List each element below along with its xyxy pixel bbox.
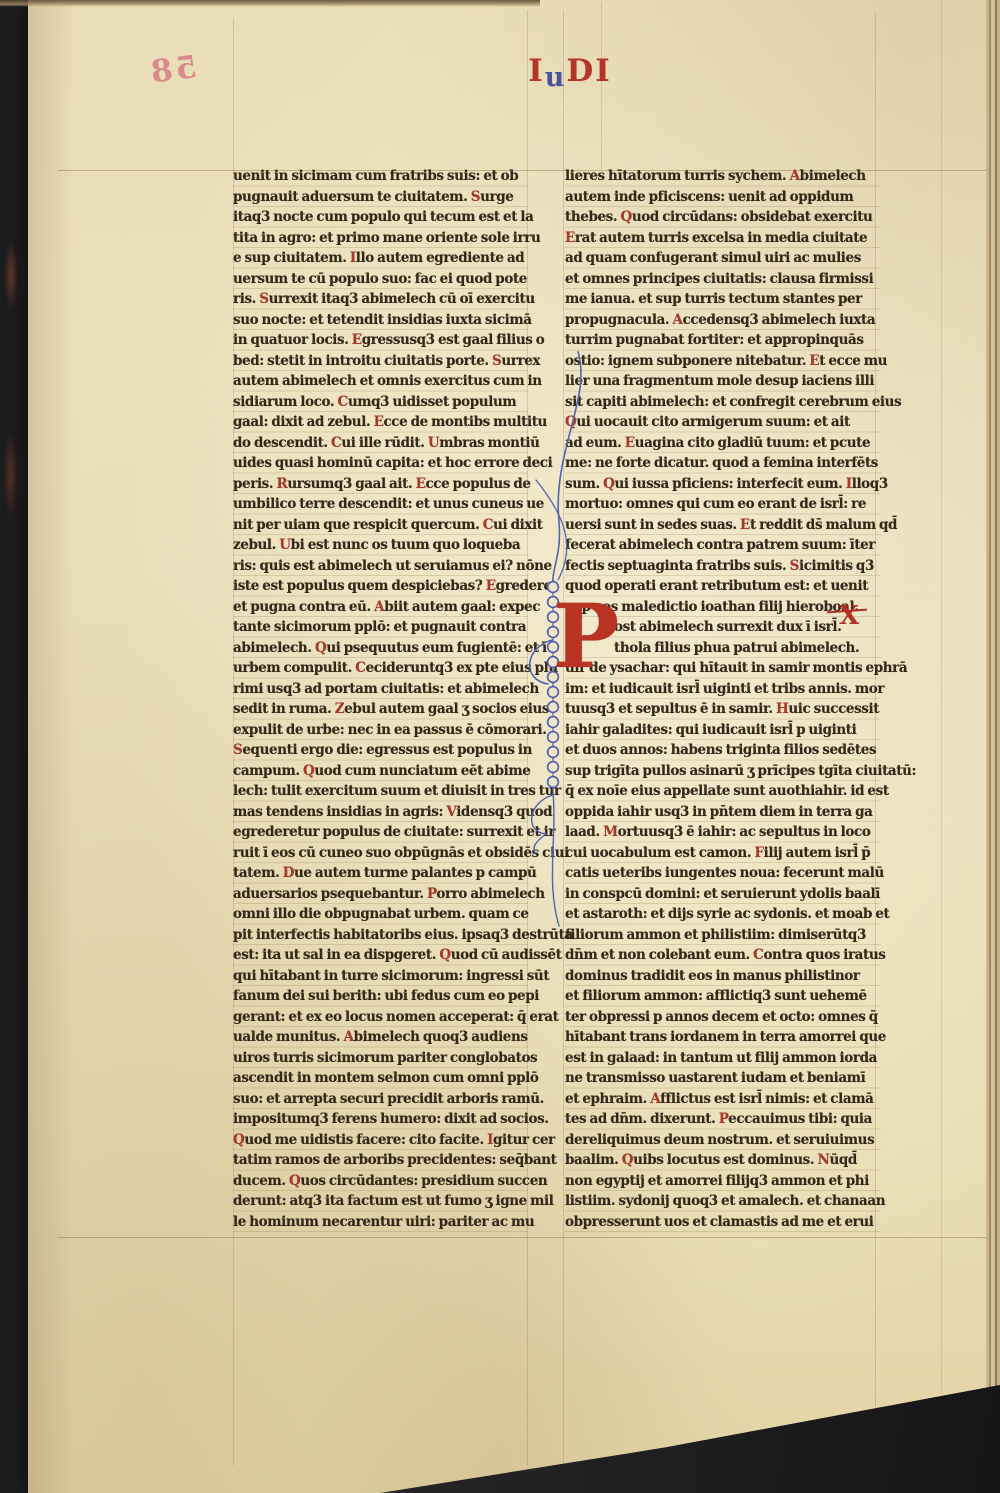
text-line: tita in agro: et primo mane oriente sole… <box>233 228 528 249</box>
text-line: ter obpressi p annos decem et octo: omne… <box>565 1007 881 1028</box>
text-line: et pugna contra eū. Abiit autem gaal: ex… <box>233 597 528 618</box>
left-text-column: uenit in sicimam cum fratribs suis: et o… <box>233 166 528 1232</box>
text-line: est in galaad: in tantum ut filij ammon … <box>565 1048 881 1069</box>
text-line: qui hītabant in turre sicimorum: ingress… <box>233 966 528 987</box>
text-line: me ianua. et sup turris tectum stantes p… <box>565 289 881 310</box>
text-line: ualde munitus. Abimelech quoq3 audiens <box>233 1027 528 1048</box>
chapter-numeral: X <box>839 601 860 631</box>
text-line: urbem compulit. Cecideruntq3 ex pte eius… <box>233 658 528 679</box>
text-line: tatim ramos de arboribs precidentes: seq… <box>233 1150 528 1171</box>
right-page-edge <box>986 0 1000 1412</box>
text-line: ruit ī eos cū cuneo suo obpūgnās et obsi… <box>233 843 528 864</box>
text-line: egrederetur populus de ciuitate: surrexi… <box>233 822 528 843</box>
text-line: in quatuor locis. Egressusq3 est gaal fi… <box>233 330 528 351</box>
manuscript-page: IuDI 58 uenit in sicimam cum fratribs su… <box>28 0 986 1493</box>
text-line: pit interfectis habitatoribs eius. ipsaq… <box>233 925 528 946</box>
text-line: Sequenti ergo die: egressus est populus … <box>233 740 528 761</box>
top-page-edge <box>0 0 540 7</box>
text-line: aduersarios psequebantur. Porro abimelec… <box>233 884 528 905</box>
text-line: uides quasi hominū capita: et hoc errore… <box>233 453 528 474</box>
text-line: bed: stetit in introitu ciuitatis porte.… <box>233 351 528 372</box>
running-title-letter: D <box>566 56 595 87</box>
text-line: omni illo die obpugnabat urbem. quam ce <box>233 904 528 925</box>
text-line: ris. Surrexit itaq3 abimelech cū oī exer… <box>233 289 528 310</box>
text-line: iste est populus quem despiciebas? Egred… <box>233 576 528 597</box>
text-line: ducem. Quos circūdantes: presidium succe… <box>233 1171 528 1192</box>
folio-number: 58 <box>146 49 199 91</box>
text-line: uiros turris sicimorum pariter conglobat… <box>233 1048 528 1069</box>
text-line: ris: quis est abimelech ut seruiamus ei?… <box>233 556 528 577</box>
text-line: dominus tradidit eos in manus philistino… <box>565 966 881 987</box>
text-line: abimelech. Qui psequutus eum fugientē: e… <box>233 638 528 659</box>
text-line: gerant: et ex eo locus nomen acceperat: … <box>233 1007 528 1028</box>
text-line: derunt: atq3 ita factum est ut fumo ʒ ig… <box>233 1191 528 1212</box>
text-line: impositumq3 ferens humero: dixit ad soci… <box>233 1109 528 1130</box>
text-line: uenit in sicimam cum fratribs suis: et o… <box>233 166 528 187</box>
text-line: le hominum necarentur uiri: pariter ac m… <box>233 1212 528 1233</box>
text-line: autem inde pficiscens: uenit ad oppidum <box>565 187 881 208</box>
text-line: Erat autem turris excelsa in media ciuit… <box>565 228 881 249</box>
text-line: gaal: dixit ad zebul. Ecce de montibs mu… <box>233 412 528 433</box>
text-line: et filiorum ammon: afflictiq3 sunt uehem… <box>565 986 881 1007</box>
text-line: Quod me uidistis facere: cito facite. Ig… <box>233 1130 528 1151</box>
running-title-letter: I <box>595 56 612 87</box>
chapter-initial: P <box>553 592 619 680</box>
text-line: dereliquimus deum nostrum. et seruiuimus <box>565 1130 881 1151</box>
running-title: IuDI <box>515 56 625 87</box>
manuscript-photo: IuDI 58 uenit in sicimam cum fratribs su… <box>0 0 1000 1493</box>
text-line: zebul. Ubi est nunc os tuum quo loqueba <box>233 535 528 556</box>
text-line: et ephraim. Afflictus est isrl̄ nimis: e… <box>565 1089 881 1110</box>
text-line: expulit de urbe: nec in ea passus ē cōmo… <box>233 720 528 741</box>
text-line: rimi usq3 ad portam ciuitatis: et abimel… <box>233 679 528 700</box>
text-line: uersum te cū populo suo: fac ei quod pot… <box>233 269 528 290</box>
text-line: tes ad dn̄m. dixerunt. Peccauimus tibi: … <box>565 1109 881 1130</box>
text-line: fanum dei sui berith: ubi fedus cum eo p… <box>233 986 528 1007</box>
text-line: suo nocte: et tetendit insidias iuxta si… <box>233 310 528 331</box>
text-line: ad quam confugerant simul uiri ac mulies <box>565 248 881 269</box>
text-line: itaq3 nocte cum populo qui tecum est et … <box>233 207 528 228</box>
text-line: do descendit. Cui ille rūdit. Umbras mon… <box>233 433 528 454</box>
text-line: lieres hītatorum turris sychem. Abimelec… <box>565 166 881 187</box>
text-line: obpresserunt uos et clamastis ad me et e… <box>565 1212 881 1233</box>
ruling-line-bottom <box>58 1237 986 1238</box>
text-line: hītabant trans iordanem in terra amorrei… <box>565 1027 881 1048</box>
text-line: et omnes principes ciuitatis: clausa fir… <box>565 269 881 290</box>
text-line: tatem. Due autem turme palantes p campū <box>233 863 528 884</box>
text-line: non egyptij et amorrei filijq3 ammon et … <box>565 1171 881 1192</box>
text-line: mas tendens insidias in agris: Vidensq3 … <box>233 802 528 823</box>
text-line: ascendit in montem selmon cum omni pplō <box>233 1068 528 1089</box>
text-line: listiim. sydonij quoq3 et amalech. et ch… <box>565 1191 881 1212</box>
text-line: thebes. Quod circūdans: obsidebat exerci… <box>565 207 881 228</box>
text-line: est: ita ut sal in ea dispgeret. Quod cū… <box>233 945 528 966</box>
text-line: suo: et arrepta securi precidit arboris … <box>233 1089 528 1110</box>
running-title-letter: I <box>528 56 545 87</box>
text-line: ne transmisso uastarent iudam et beniamī <box>565 1068 881 1089</box>
text-line: sedit in ruma. Zebul autem gaal ʒ socios… <box>233 699 528 720</box>
text-line: autem abimelech et omnis exercitus cum i… <box>233 371 528 392</box>
text-line: nit per uiam que respicit quercum. Cui d… <box>233 515 528 536</box>
text-line: propugnacula. Accedensq3 abimelech iuxta <box>565 310 881 331</box>
text-line: baalim. Quibs locutus est dominus. Nūqd̄ <box>565 1150 881 1171</box>
text-line: sidiarum loco. Cumq3 uidisset populum <box>233 392 528 413</box>
ruling-line-right-margin <box>941 2 942 1438</box>
text-line: umbilico terre descendit: et unus cuneus… <box>233 494 528 515</box>
text-line: e sup ciuitatem. Illo autem egrediente a… <box>233 248 528 269</box>
text-line: peris. Rursumq3 gaal ait. Ecce populus d… <box>233 474 528 495</box>
text-line: campum. Quod cum nunciatum eēt abime <box>233 761 528 782</box>
text-line: lech: tulit exercitum suum et diuisit in… <box>233 781 528 802</box>
running-title-letter: u <box>545 64 567 91</box>
text-line: tante sicimorum pplō: et pugnauit contra <box>233 617 528 638</box>
text-line: pugnauit aduersum te ciuitatem. Surge <box>233 187 528 208</box>
page-stack-edge <box>0 0 30 1493</box>
